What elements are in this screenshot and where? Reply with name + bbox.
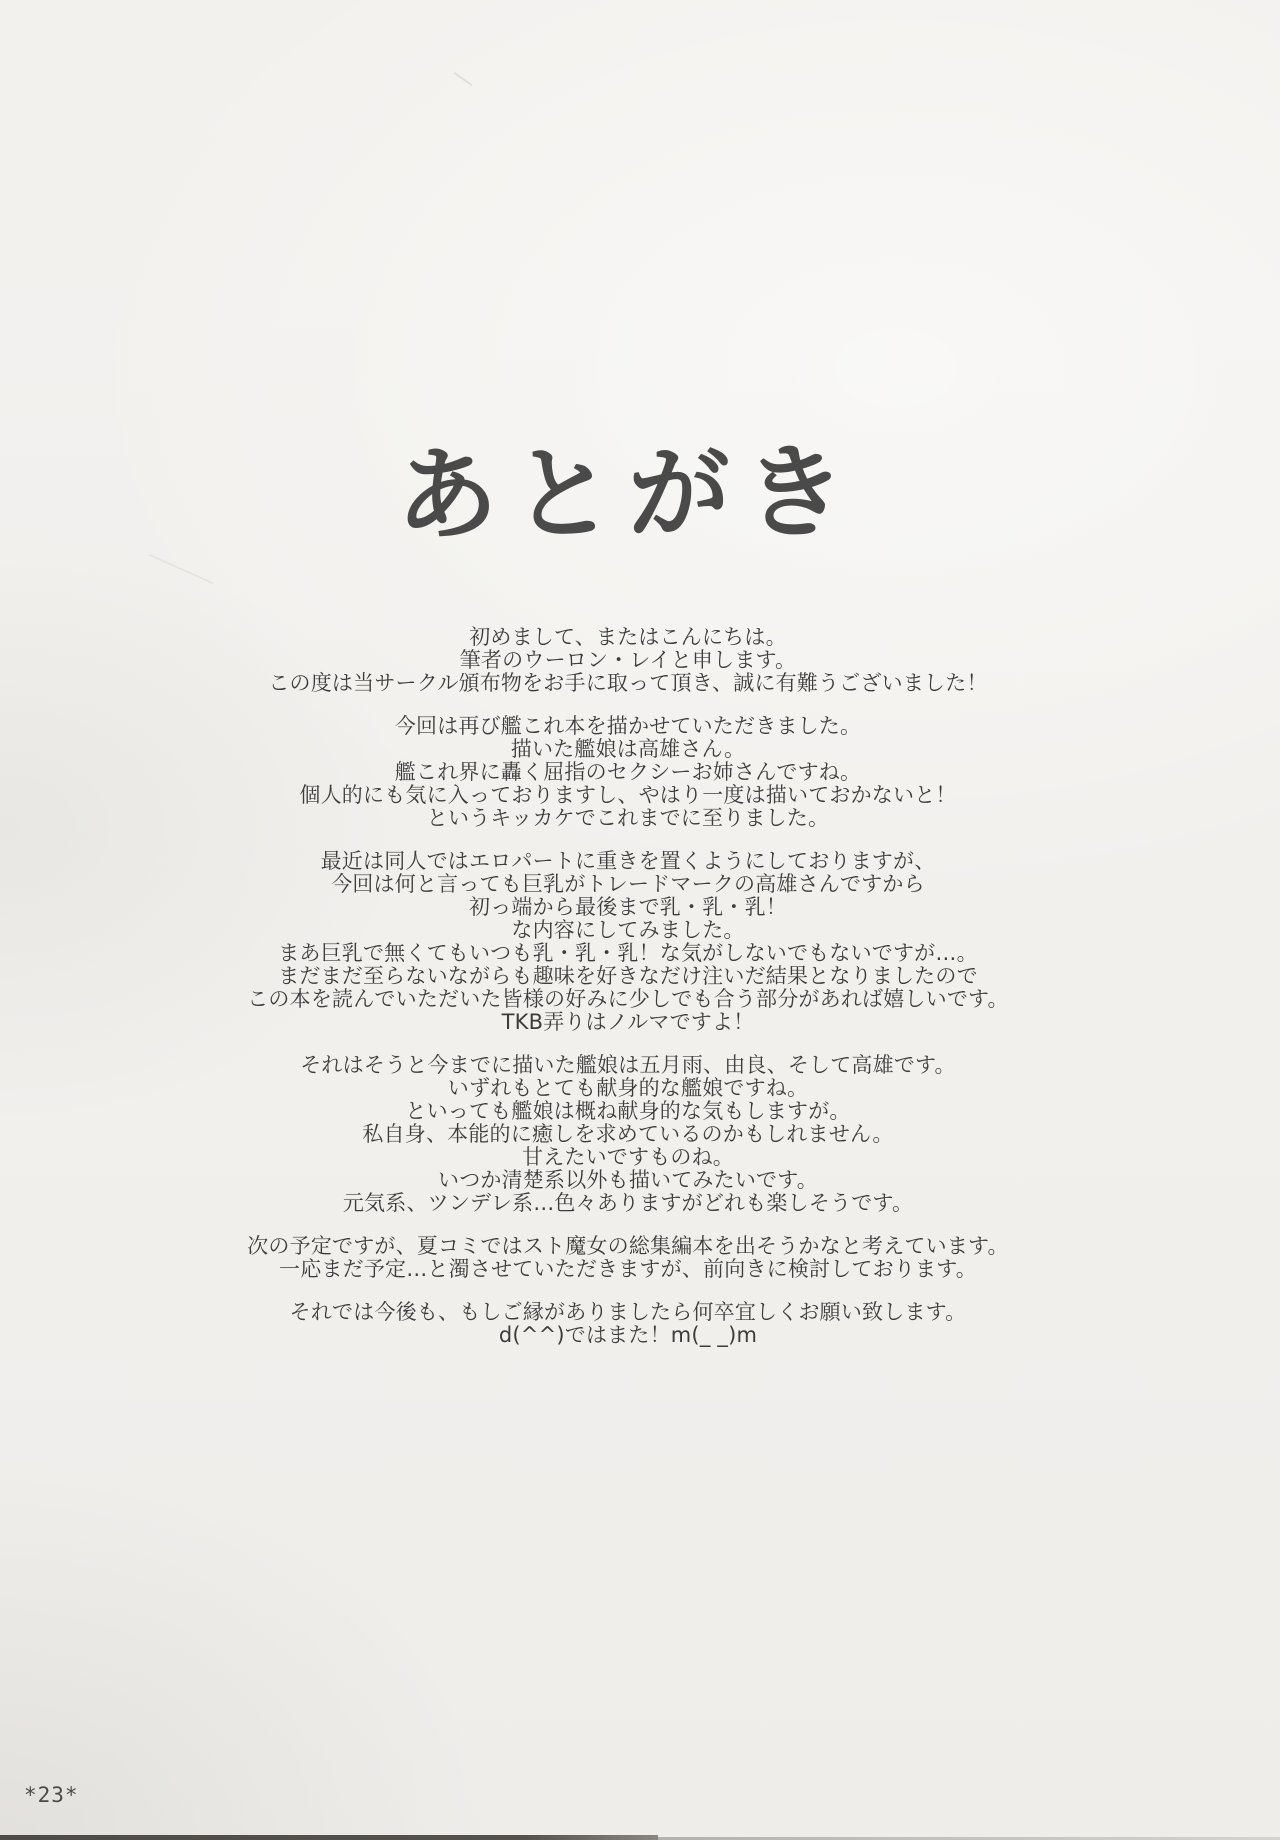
text-line: な内容にしてみました。 bbox=[0, 919, 1256, 942]
text-line: 筆者のウーロン・レイと申します。 bbox=[0, 649, 1256, 672]
text-line: 元気系、ツンデレ系…色々ありますがどれも楽しそうです。 bbox=[0, 1192, 1256, 1215]
text-line: 私自身、本能的に癒しを求めているのかもしれません。 bbox=[0, 1123, 1256, 1146]
text-line: 次の予定ですが、夏コミではスト魔女の総集編本を出そうかなと考えています。 bbox=[0, 1235, 1256, 1258]
text-line: いつか清楚系以外も描いてみたいです。 bbox=[0, 1169, 1256, 1192]
text-line: TKB弄りはノルマですよ！ bbox=[0, 1011, 1256, 1034]
text-line: 今回は再び艦これ本を描かせていただきました。 bbox=[0, 715, 1256, 738]
text-line: d(^^)ではまた！m(_ _)m bbox=[0, 1324, 1256, 1347]
paragraph: 初めまして、またはこんにちは。筆者のウーロン・レイと申します。この度は当サークル… bbox=[0, 626, 1256, 695]
page-number-label: *23* bbox=[24, 1783, 79, 1807]
text-line: 艦これ界に轟く屈指のセクシーお姉さんですね。 bbox=[0, 761, 1256, 784]
text-line: 最近は同人ではエロパートに重きを置くようにしておりますが、 bbox=[0, 850, 1256, 873]
paragraph: それでは今後も、もしご縁がありましたら何卒宜しくお願い致します。d(^^)ではま… bbox=[0, 1301, 1256, 1347]
text-line: といっても艦娘は概ね献身的な気もしますが。 bbox=[0, 1100, 1256, 1123]
afterword-title: あとがき bbox=[0, 426, 1256, 565]
text-line: この度は当サークル頒布物をお手に取って頂き、誠に有難うございました！ bbox=[0, 672, 1256, 695]
scan-scratch-artifact bbox=[453, 72, 472, 86]
paragraph: 次の予定ですが、夏コミではスト魔女の総集編本を出そうかなと考えています。一応まだ… bbox=[0, 1235, 1256, 1281]
text-line: この本を読んでいただいた皆様の好みに少しでも合う部分があれば嬉しいです。 bbox=[0, 988, 1256, 1011]
text-line: それはそうと今までに描いた艦娘は五月雨、由良、そして高雄です。 bbox=[0, 1054, 1256, 1077]
scanned-afterword-page: あとがき 初めまして、またはこんにちは。筆者のウーロン・レイと申します。この度は… bbox=[0, 0, 1280, 1840]
text-line: まだまだ至らないながらも趣味を好きなだけ注いだ結果となりましたので bbox=[0, 965, 1256, 988]
text-line: というキッカケでこれまでに至りました。 bbox=[0, 807, 1256, 830]
text-line: 初っ端から最後まで乳・乳・乳！ bbox=[0, 896, 1256, 919]
text-line: 描いた艦娘は高雄さん。 bbox=[0, 738, 1256, 761]
text-line: 初めまして、またはこんにちは。 bbox=[0, 626, 1256, 649]
paragraph: 今回は再び艦これ本を描かせていただきました。描いた艦娘は高雄さん。艦これ界に轟く… bbox=[0, 715, 1256, 830]
text-line: それでは今後も、もしご縁がありましたら何卒宜しくお願い致します。 bbox=[0, 1301, 1256, 1324]
scan-bottom-edge-dark bbox=[0, 1835, 658, 1840]
paragraph: 最近は同人ではエロパートに重きを置くようにしておりますが、今回は何と言っても巨乳… bbox=[0, 850, 1256, 1034]
text-line: 今回は何と言っても巨乳がトレードマークの高雄さんですから bbox=[0, 873, 1256, 896]
text-line: 個人的にも気に入っておりますし、やはり一度は描いておかないと！ bbox=[0, 784, 1256, 807]
text-line: 一応まだ予定…と濁させていただきますが、前向きに検討しております。 bbox=[0, 1258, 1256, 1281]
paragraph: それはそうと今までに描いた艦娘は五月雨、由良、そして高雄です。いずれもとても献身… bbox=[0, 1054, 1256, 1215]
afterword-body: 初めまして、またはこんにちは。筆者のウーロン・レイと申します。この度は当サークル… bbox=[0, 626, 1256, 1367]
text-line: いずれもとても献身的な艦娘ですね。 bbox=[0, 1077, 1256, 1100]
text-line: まあ巨乳で無くてもいつも乳・乳・乳！な気がしないでもないですが…。 bbox=[0, 942, 1256, 965]
text-line: 甘えたいですものね。 bbox=[0, 1146, 1256, 1169]
